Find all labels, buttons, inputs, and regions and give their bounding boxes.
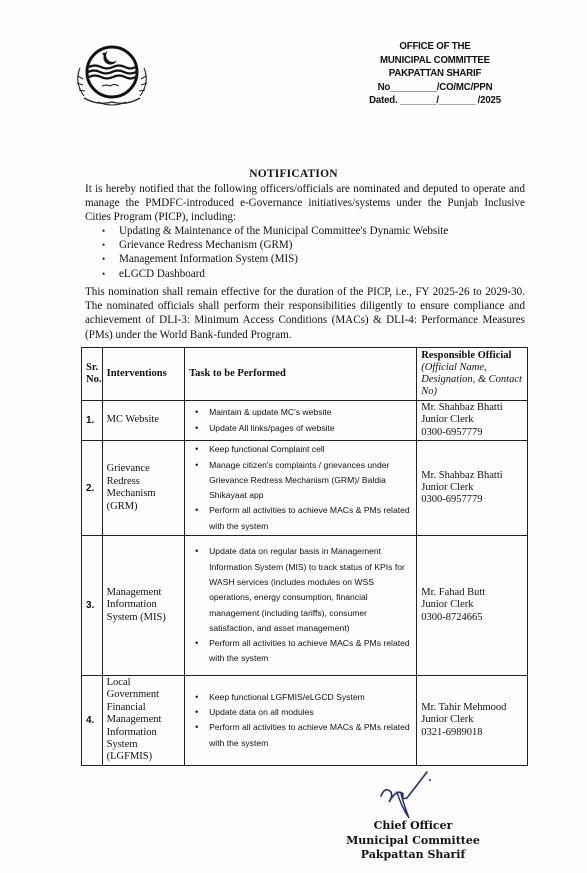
office-header: OFFICE OF THE MUNICIPAL COMMITTEE PAKPAT… bbox=[357, 40, 513, 108]
table-row: 2. Grievance Redress Mechanism (GRM) Kee… bbox=[82, 441, 528, 536]
table-row: 1. MC Website Maintain & update MC's web… bbox=[82, 401, 528, 441]
task-item: Perform all activities to achieve MACs &… bbox=[189, 503, 412, 534]
row-official: Mr. Shahbaz Bhatti Junior Clerk 0300-695… bbox=[417, 441, 528, 536]
table-row: 3. Management Information System (MIS) U… bbox=[82, 536, 528, 676]
official-contact: 0300-6957779 bbox=[421, 427, 523, 439]
reference-number: No_________/CO/MC/PPN bbox=[357, 81, 513, 95]
row-tasks: Keep functional Complaint cell Manage ci… bbox=[185, 441, 417, 536]
signatory-title: Chief Officer bbox=[338, 819, 488, 834]
date-line: Dated. _______/_______ /2025 bbox=[357, 94, 513, 108]
punjab-emblem-icon bbox=[68, 38, 156, 114]
office-line: PAKPATTAN SHARIF bbox=[357, 67, 513, 81]
signature-icon bbox=[375, 766, 435, 826]
official-name: Mr. Shahbaz Bhatti bbox=[421, 470, 523, 482]
header-responsible-sub: (Official Name, Designation, & Contact N… bbox=[421, 362, 523, 398]
office-line: OFFICE OF THE bbox=[357, 40, 513, 54]
header-interventions: Interventions bbox=[102, 348, 184, 401]
office-line: MUNICIPAL COMMITTEE bbox=[357, 54, 513, 68]
row-intervention: Management Information System (MIS) bbox=[102, 536, 184, 676]
row-sr-no: 3. bbox=[82, 536, 103, 676]
intro-paragraph: It is hereby notified that the following… bbox=[85, 182, 525, 225]
row-official: Mr. Shahbaz Bhatti Junior Clerk 0300-695… bbox=[417, 401, 528, 441]
official-designation: Junior Clerk bbox=[421, 414, 523, 426]
signatory-office: Municipal Committee bbox=[338, 834, 488, 849]
closing-paragraph: This nomination shall remain effective f… bbox=[85, 285, 525, 342]
list-item: Management Information System (MIS) bbox=[100, 252, 448, 266]
task-item: Update data on all modules bbox=[189, 705, 412, 720]
task-item: Perform all activities to achieve MACs &… bbox=[189, 636, 412, 667]
row-intervention: Local Government Financial Management In… bbox=[102, 676, 184, 766]
official-designation: Junior Clerk bbox=[421, 482, 523, 494]
official-name: Mr. Shahbaz Bhatti bbox=[421, 402, 523, 414]
header-responsible-official: Responsible Official (Official Name, Des… bbox=[417, 348, 528, 401]
row-tasks: Maintain & update MC's website Update Al… bbox=[185, 401, 417, 441]
notification-title: NOTIFICATION bbox=[0, 168, 587, 180]
row-tasks: Keep functional LGFMIS/eLGCD System Upda… bbox=[185, 676, 417, 766]
official-designation: Junior Clerk bbox=[421, 714, 523, 726]
list-item: Updating & Maintenance of the Municipal … bbox=[100, 224, 448, 238]
row-official: Mr. Fahad Butt Junior Clerk 0300-8724665 bbox=[417, 536, 528, 676]
task-item: Update All links/pages of website bbox=[189, 421, 412, 436]
signatory-location: Pakpattan Sharif bbox=[338, 848, 488, 863]
official-contact: 0321-6989018 bbox=[421, 727, 523, 739]
row-intervention: MC Website bbox=[102, 401, 184, 441]
task-item: Update data on regular basis in Manageme… bbox=[189, 544, 412, 636]
task-item: Perform all activities to achieve MACs &… bbox=[189, 720, 412, 751]
header-sr-no: Sr. No. bbox=[82, 348, 103, 401]
row-intervention: Grievance Redress Mechanism (GRM) bbox=[102, 441, 184, 536]
task-item: Keep functional LGFMIS/eLGCD System bbox=[189, 690, 412, 705]
row-official: Mr. Tahir Mehmood Junior Clerk 0321-6989… bbox=[417, 676, 528, 766]
task-item: Maintain & update MC's website bbox=[189, 405, 412, 420]
row-tasks: Update data on regular basis in Manageme… bbox=[185, 536, 417, 676]
official-contact: 0300-8724665 bbox=[421, 612, 523, 624]
notification-document: OFFICE OF THE MUNICIPAL COMMITTEE PAKPAT… bbox=[0, 0, 587, 873]
task-item: Manage citizen's complaints / grievances… bbox=[189, 458, 412, 504]
row-sr-no: 1. bbox=[82, 401, 103, 441]
list-item: eLGCD Dashboard bbox=[100, 267, 448, 281]
row-sr-no: 2. bbox=[82, 441, 103, 536]
initiatives-list: Updating & Maintenance of the Municipal … bbox=[100, 224, 448, 281]
official-designation: Junior Clerk bbox=[421, 599, 523, 611]
header-sr-line: No. bbox=[86, 374, 98, 386]
official-name: Mr. Tahir Mehmood bbox=[421, 702, 523, 714]
table-header-row: Sr. No. Interventions Task to be Perform… bbox=[82, 348, 528, 401]
row-sr-no: 4. bbox=[82, 676, 103, 766]
table-row: 4. Local Government Financial Management… bbox=[82, 676, 528, 766]
list-item: Grievance Redress Mechanism (GRM) bbox=[100, 238, 448, 252]
header-task: Task to be Performed bbox=[185, 348, 417, 401]
header-responsible-main: Responsible Official bbox=[421, 350, 523, 362]
nomination-table: Sr. No. Interventions Task to be Perform… bbox=[81, 347, 528, 766]
official-contact: 0300-6957779 bbox=[421, 494, 523, 506]
header-sr-line: Sr. bbox=[86, 362, 98, 374]
task-item: Keep functional Complaint cell bbox=[189, 442, 412, 457]
official-name: Mr. Fahad Butt bbox=[421, 587, 523, 599]
signature-block: Chief Officer Municipal Committee Pakpat… bbox=[338, 819, 488, 863]
